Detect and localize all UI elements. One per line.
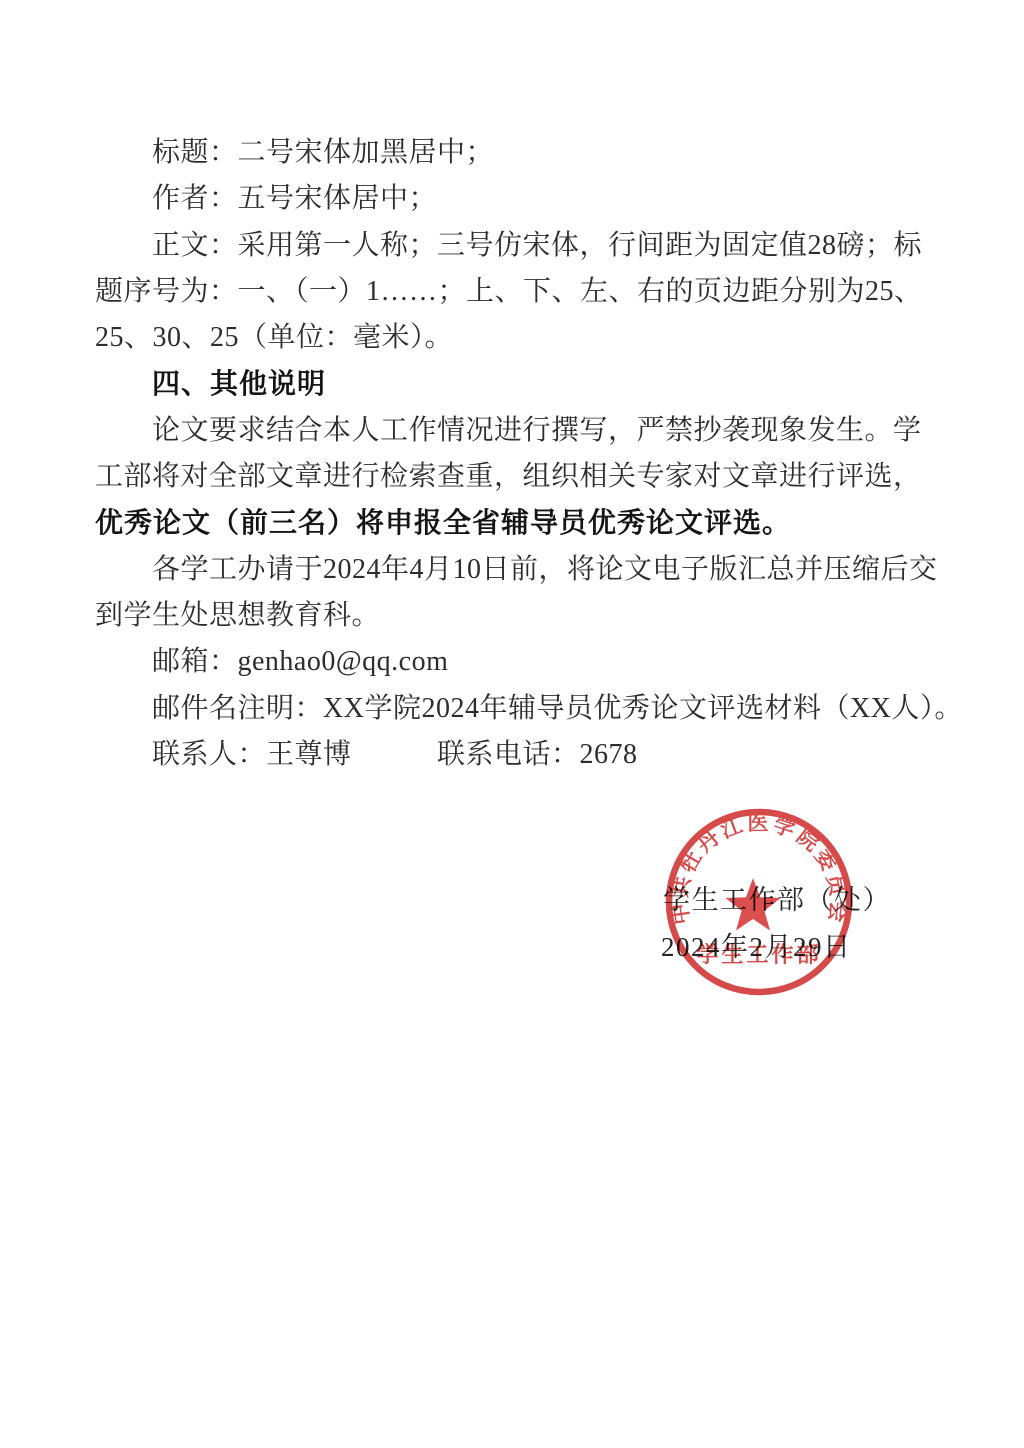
official-seal: 中共牡丹江医学院委员会 学生工作部 <box>654 797 864 1007</box>
document-line: 联系人：王尊博 联系电话：2678 <box>95 732 945 778</box>
document-line: 邮件名注明：XX学院2024年辅导员优秀论文评选材料（XX人）。 <box>95 686 945 732</box>
document-line: 题序号为：一、（一）1……；上、下、左、右的页边距分别为25、 <box>95 269 945 315</box>
document-line: 各学工办请于2024年4月10日前，将论文电子版汇总并压缩后交 <box>95 547 945 593</box>
document-line: 作者：五号宋体居中； <box>95 176 945 222</box>
document-line: 到学生处思想教育科。 <box>95 593 945 639</box>
document-line: 邮箱：genhao0@qq.com <box>95 639 945 685</box>
document-line: 工部将对全部文章进行检索查重，组织相关专家对文章进行评选， <box>95 454 945 500</box>
document-page: { "page": { "background_color": "#ffffff… <box>0 0 1024 1448</box>
document-body: 标题：二号宋体加黑居中；作者：五号宋体居中；正文：采用第一人称；三号仿宋体，行间… <box>95 130 945 778</box>
document-line: 四、其他说明 <box>95 361 945 407</box>
seal-bottom-text: 学生工作部 <box>696 942 821 967</box>
star-icon <box>725 878 780 931</box>
document-line: 25、30、25（单位：毫米）。 <box>95 315 945 361</box>
document-line: 论文要求结合本人工作情况进行撰写，严禁抄袭现象发生。学 <box>95 408 945 454</box>
document-line: 优秀论文（前三名）将申报全省辅导员优秀论文评选。 <box>95 500 945 546</box>
document-line: 标题：二号宋体加黑居中； <box>95 130 945 176</box>
document-line: 正文：采用第一人称；三号仿宋体，行间距为固定值28磅；标 <box>95 223 945 269</box>
